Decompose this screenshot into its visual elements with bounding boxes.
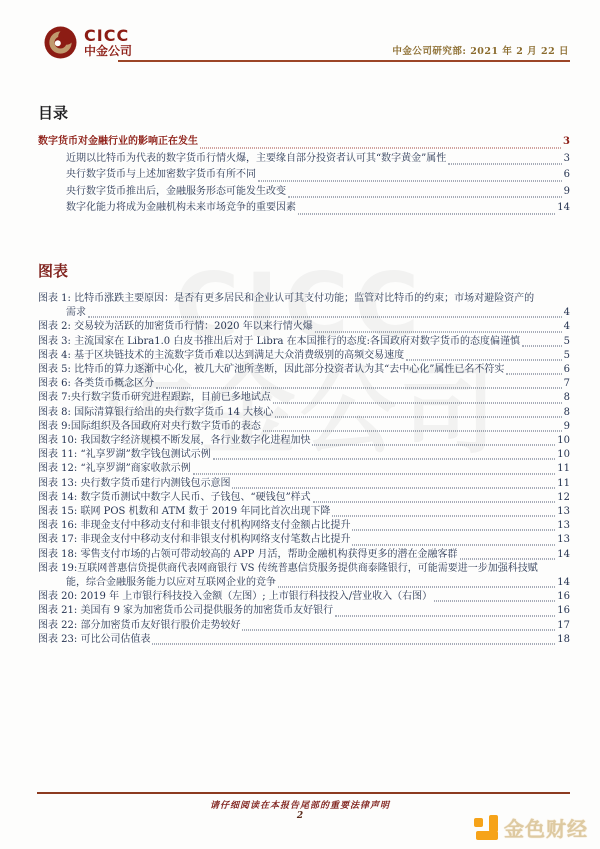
row-text: 图表 21: 美国有 9 家为加密货币公司提供服务的加密货币友好银行 [38,604,333,618]
toc-entry[interactable]: 数字货币对金融行业的影响正在发生 3 [38,134,570,151]
row-page-number: 7 [564,377,570,391]
row-page-number: 6 [564,167,570,184]
row-text: 近期以比特币为代表的数字货币行情火爆，主要缘自部分投资者认可其“数字黄金”属性 [66,151,446,168]
row-text: 图表 4: 基于区块链技术的主流数字货币难以达到满足大众消费级别的高频交易速度 [38,349,404,363]
row-page-number: 13 [557,505,570,519]
figure-entry[interactable]: 图表 13: 央行数字货币建行内测钱包示意图 11 [38,477,570,491]
row-page-number: 9 [564,420,570,434]
row-page-number: 11 [557,462,570,476]
row-text: 图表 7:央行数字货币研究进程跟踪，目前已多地试点 [38,391,271,405]
row-page-number: 10 [557,434,570,448]
row-text: 图表 23: 可比公司估值表 [38,633,150,647]
dot-leader [263,431,562,432]
row-text: 图表 15: 联网 POS 机数和 ATM 数于 2019 年同比首次出现下降 [38,505,330,519]
row-page-number: 5 [564,335,570,349]
dot-leader [522,345,562,346]
figure-list: 图表 1: 比特币涨跌主要原因：是否有更多居民和企业认可其支付功能；监管对比特币… [38,292,570,647]
legal-disclaimer: 请仔细阅读在本报告尾部的重要法律声明 [0,798,600,811]
dot-leader [406,359,562,360]
figure-entry[interactable]: 图表 23: 可比公司估值表 18 [38,633,570,647]
dot-leader [273,402,562,403]
row-text-first-line: 图表 1: 比特币涨跌主要原因：是否有更多居民和企业认可其支付功能；监管对比特币… [38,292,570,306]
dot-leader [352,544,555,545]
row-text: 央行数字货币推出后，金融服务形态可能发生改变 [66,184,286,201]
row-page-number: 9 [564,184,570,201]
toc-entry[interactable]: 央行数字货币与上述加密数字货币有所不同 6 [38,167,570,184]
row-text: 图表 22: 部分加密货币友好银行股价走势较好 [38,619,240,633]
row-page-number: 4 [564,320,570,334]
report-page: CICC 中金公司 CICC 中金公司 中金公司研究部: 2021 年 2 月 … [0,0,600,849]
toc-entry[interactable]: 央行数字货币推出后，金融服务形态可能发生改变 9 [38,184,570,201]
footer-divider [37,792,570,794]
section-spacer [38,217,570,260]
figure-entry[interactable]: 图表 15: 联网 POS 机数和 ATM 数于 2019 年同比首次出现下降 … [38,505,570,519]
figure-entry[interactable]: 图表 10: 我国数字经济规模不断发展，各行业数字化进程加快 10 [38,434,570,448]
dot-leader [335,615,555,616]
dot-leader [156,388,562,389]
row-page-number: 12 [557,491,570,505]
dot-leader [258,180,562,181]
cicc-logo-en: CICC [84,28,132,45]
figure-entry[interactable]: 图表 12: “礼享罗湖”商家收款示例 11 [38,462,570,476]
row-text: 图表 17: 非现金支付中移动支付和非银支付机构网络支付笔数占比提升 [38,533,350,547]
row-page-number: 8 [564,406,570,420]
figure-entry[interactable]: 图表 5: 比特币的算力逐渐中心化，被几大矿池所垄断，因此部分投资者认为其“去中… [38,363,570,377]
row-page-number: 13 [557,533,570,547]
row-text: 图表 2: 交易较为活跃的加密货币行情：2020 年以来行情火爆 [38,320,313,334]
toc-heading: 目录 [38,102,570,123]
golden-finance-icon [474,815,498,840]
row-page-number: 3 [563,134,570,151]
dot-leader [312,445,555,446]
row-page-number: 14 [557,200,570,217]
figure-entry[interactable]: 图表 3: 主流国家在 Libra1.0 白皮书推出后对于 Libra 在本国推… [38,335,570,349]
row-page-number: 14 [557,548,570,562]
dot-leader [298,213,555,214]
dot-leader [352,530,555,531]
figure-entry[interactable]: 图表 9:国际组织及各国政府对央行数字货币的表态 9 [38,420,570,434]
figure-entry[interactable]: 图表 16: 非现金支付中移动支付和非银支付机构网络支付金额占比提升 13 [38,519,570,533]
row-text: 图表 5: 比特币的算力逐渐中心化，被几大矿池所垄断，因此部分投资者认为其“去中… [38,363,504,377]
toc-entry[interactable]: 数字化能力将成为金融机构未来市场竞争的重要因素 14 [38,200,570,217]
figures-heading: 图表 [38,260,570,281]
row-page-number: 16 [557,590,570,604]
dot-leader [434,601,555,602]
row-page-number: 10 [557,448,570,462]
golden-finance-watermark: 金色财经 [474,813,588,842]
row-text: 图表 20: 2019 年 上市银行科技投入金额（左图）; 上市银行科技投入/营… [38,590,432,604]
dot-leader [506,374,561,375]
row-page-number: 5 [564,349,570,363]
dot-leader [242,629,555,630]
row-page-number: 14 [557,576,570,590]
dot-leader [275,416,561,417]
row-text: 图表 3: 主流国家在 Libra1.0 白皮书推出后对于 Libra 在本国推… [38,335,520,349]
figure-entry[interactable]: 图表 1: 比特币涨跌主要原因：是否有更多居民和企业认可其支付功能；监管对比特币… [38,292,570,320]
figure-entry[interactable]: 图表 21: 美国有 9 家为加密货币公司提供服务的加密货币友好银行 16 [38,604,570,618]
row-text: 图表 16: 非现金支付中移动支付和非银支付机构网络支付金额占比提升 [38,519,350,533]
row-text: 数字化能力将成为金融机构未来市场竞争的重要因素 [66,200,296,217]
row-page-number: 8 [564,391,570,405]
dot-leader [313,502,556,503]
figure-entry[interactable]: 图表 6: 各类货币概念区分 7 [38,377,570,391]
figure-entry[interactable]: 图表 20: 2019 年 上市银行科技投入金额（左图）; 上市银行科技投入/营… [38,590,570,604]
row-text: 央行数字货币与上述加密数字货币有所不同 [66,167,256,184]
dot-leader [193,473,556,474]
dot-leader [200,147,561,148]
figure-entry[interactable]: 图表 14: 数字货币测试中数字人民币、子钱包、“硬钱包”样式 12 [38,491,570,505]
row-page-number: 3 [564,151,570,168]
dot-leader [448,164,561,165]
dot-leader [332,516,555,517]
row-text: 图表 8: 国际清算银行给出的央行数字货币 14 大核心 [38,406,273,420]
figure-entry[interactable]: 图表 19:互联网普惠信贷提供商代表网商银行 VS 传统普惠信贷服务提供商泰隆银… [38,562,570,590]
row-text: 图表 12: “礼享罗湖”商家收款示例 [38,462,191,476]
row-page-number: 18 [557,633,570,647]
figure-entry[interactable]: 图表 17: 非现金支付中移动支付和非银支付机构网络支付笔数占比提升 13 [38,533,570,547]
dot-leader [88,317,562,318]
dot-leader [232,487,555,488]
row-text: 图表 11: “礼享罗湖”数字钱包测试示例 [38,448,211,462]
dot-leader [152,644,555,645]
row-text: 图表 18: 零售支付市场的占领可带动较高的 APP 月活，帮助金融机构获得更多… [38,548,458,562]
figure-entry[interactable]: 图表 4: 基于区块链技术的主流数字货币难以达到满足大众消费级别的高频交易速度 … [38,349,570,363]
row-page-number: 16 [557,604,570,618]
row-page-number: 4 [564,306,570,320]
toc-list: 数字货币对金融行业的影响正在发生 3 近期以比特币为代表的数字货币行情火爆，主要… [38,134,570,217]
cicc-logo-cn: 中金公司 [84,45,132,58]
row-text: 图表 14: 数字货币测试中数字人民币、子钱包、“硬钱包”样式 [38,491,311,505]
row-text: 图表 10: 我国数字经济规模不断发展，各行业数字化进程加快 [38,434,310,448]
dot-leader [288,197,562,198]
figure-entry[interactable]: 图表 8: 国际清算银行给出的央行数字货币 14 大核心 8 [38,406,570,420]
row-page-number: 11 [557,477,570,491]
cicc-logo-icon [44,26,77,59]
dot-leader [460,558,556,559]
toc-entry[interactable]: 近期以比特币为代表的数字货币行情火爆，主要缘自部分投资者认可其“数字黄金”属性 … [38,151,570,168]
figure-entry[interactable]: 图表 7:央行数字货币研究进程跟踪，目前已多地试点 8 [38,391,570,405]
cicc-logo-text: CICC 中金公司 [84,28,132,57]
row-text: 需求 [66,306,86,320]
golden-finance-label: 金色财经 [504,813,588,842]
row-page-number: 6 [564,363,570,377]
row-text: 图表 6: 各类货币概念区分 [38,377,154,391]
figure-entry[interactable]: 图表 22: 部分加密货币友好银行股价走势较好 17 [38,619,570,633]
cicc-logo: CICC 中金公司 [44,26,132,59]
row-text: 能，综合金融服务能力以应对互联网企业的竞争 [66,576,276,590]
figure-entry[interactable]: 图表 11: “礼享罗湖”数字钱包测试示例 10 [38,448,570,462]
header-divider [118,60,570,62]
figure-entry[interactable]: 图表 18: 零售支付市场的占领可带动较高的 APP 月活，帮助金融机构获得更多… [38,548,570,562]
figure-entry[interactable]: 图表 2: 交易较为活跃的加密货币行情：2020 年以来行情火爆 4 [38,320,570,334]
dot-leader [278,587,555,588]
row-page-number: 13 [557,519,570,533]
row-text: 图表 13: 央行数字货币建行内测钱包示意图 [38,477,230,491]
contents-area: 目录 数字货币对金融行业的影响正在发生 3 近期以比特币为代表的数字货币行情火爆… [38,102,570,647]
row-text: 数字货币对金融行业的影响正在发生 [38,134,198,151]
dot-leader [213,459,556,460]
row-text: 图表 9:国际组织及各国政府对央行数字货币的表态 [38,420,261,434]
row-text-first-line: 图表 19:互联网普惠信贷提供商代表网商银行 VS 传统普惠信贷服务提供商泰隆银… [38,562,570,576]
row-page-number: 17 [557,619,570,633]
dot-leader [315,331,562,332]
research-dept-date: 中金公司研究部: 2021 年 2 月 22 日 [392,43,569,57]
